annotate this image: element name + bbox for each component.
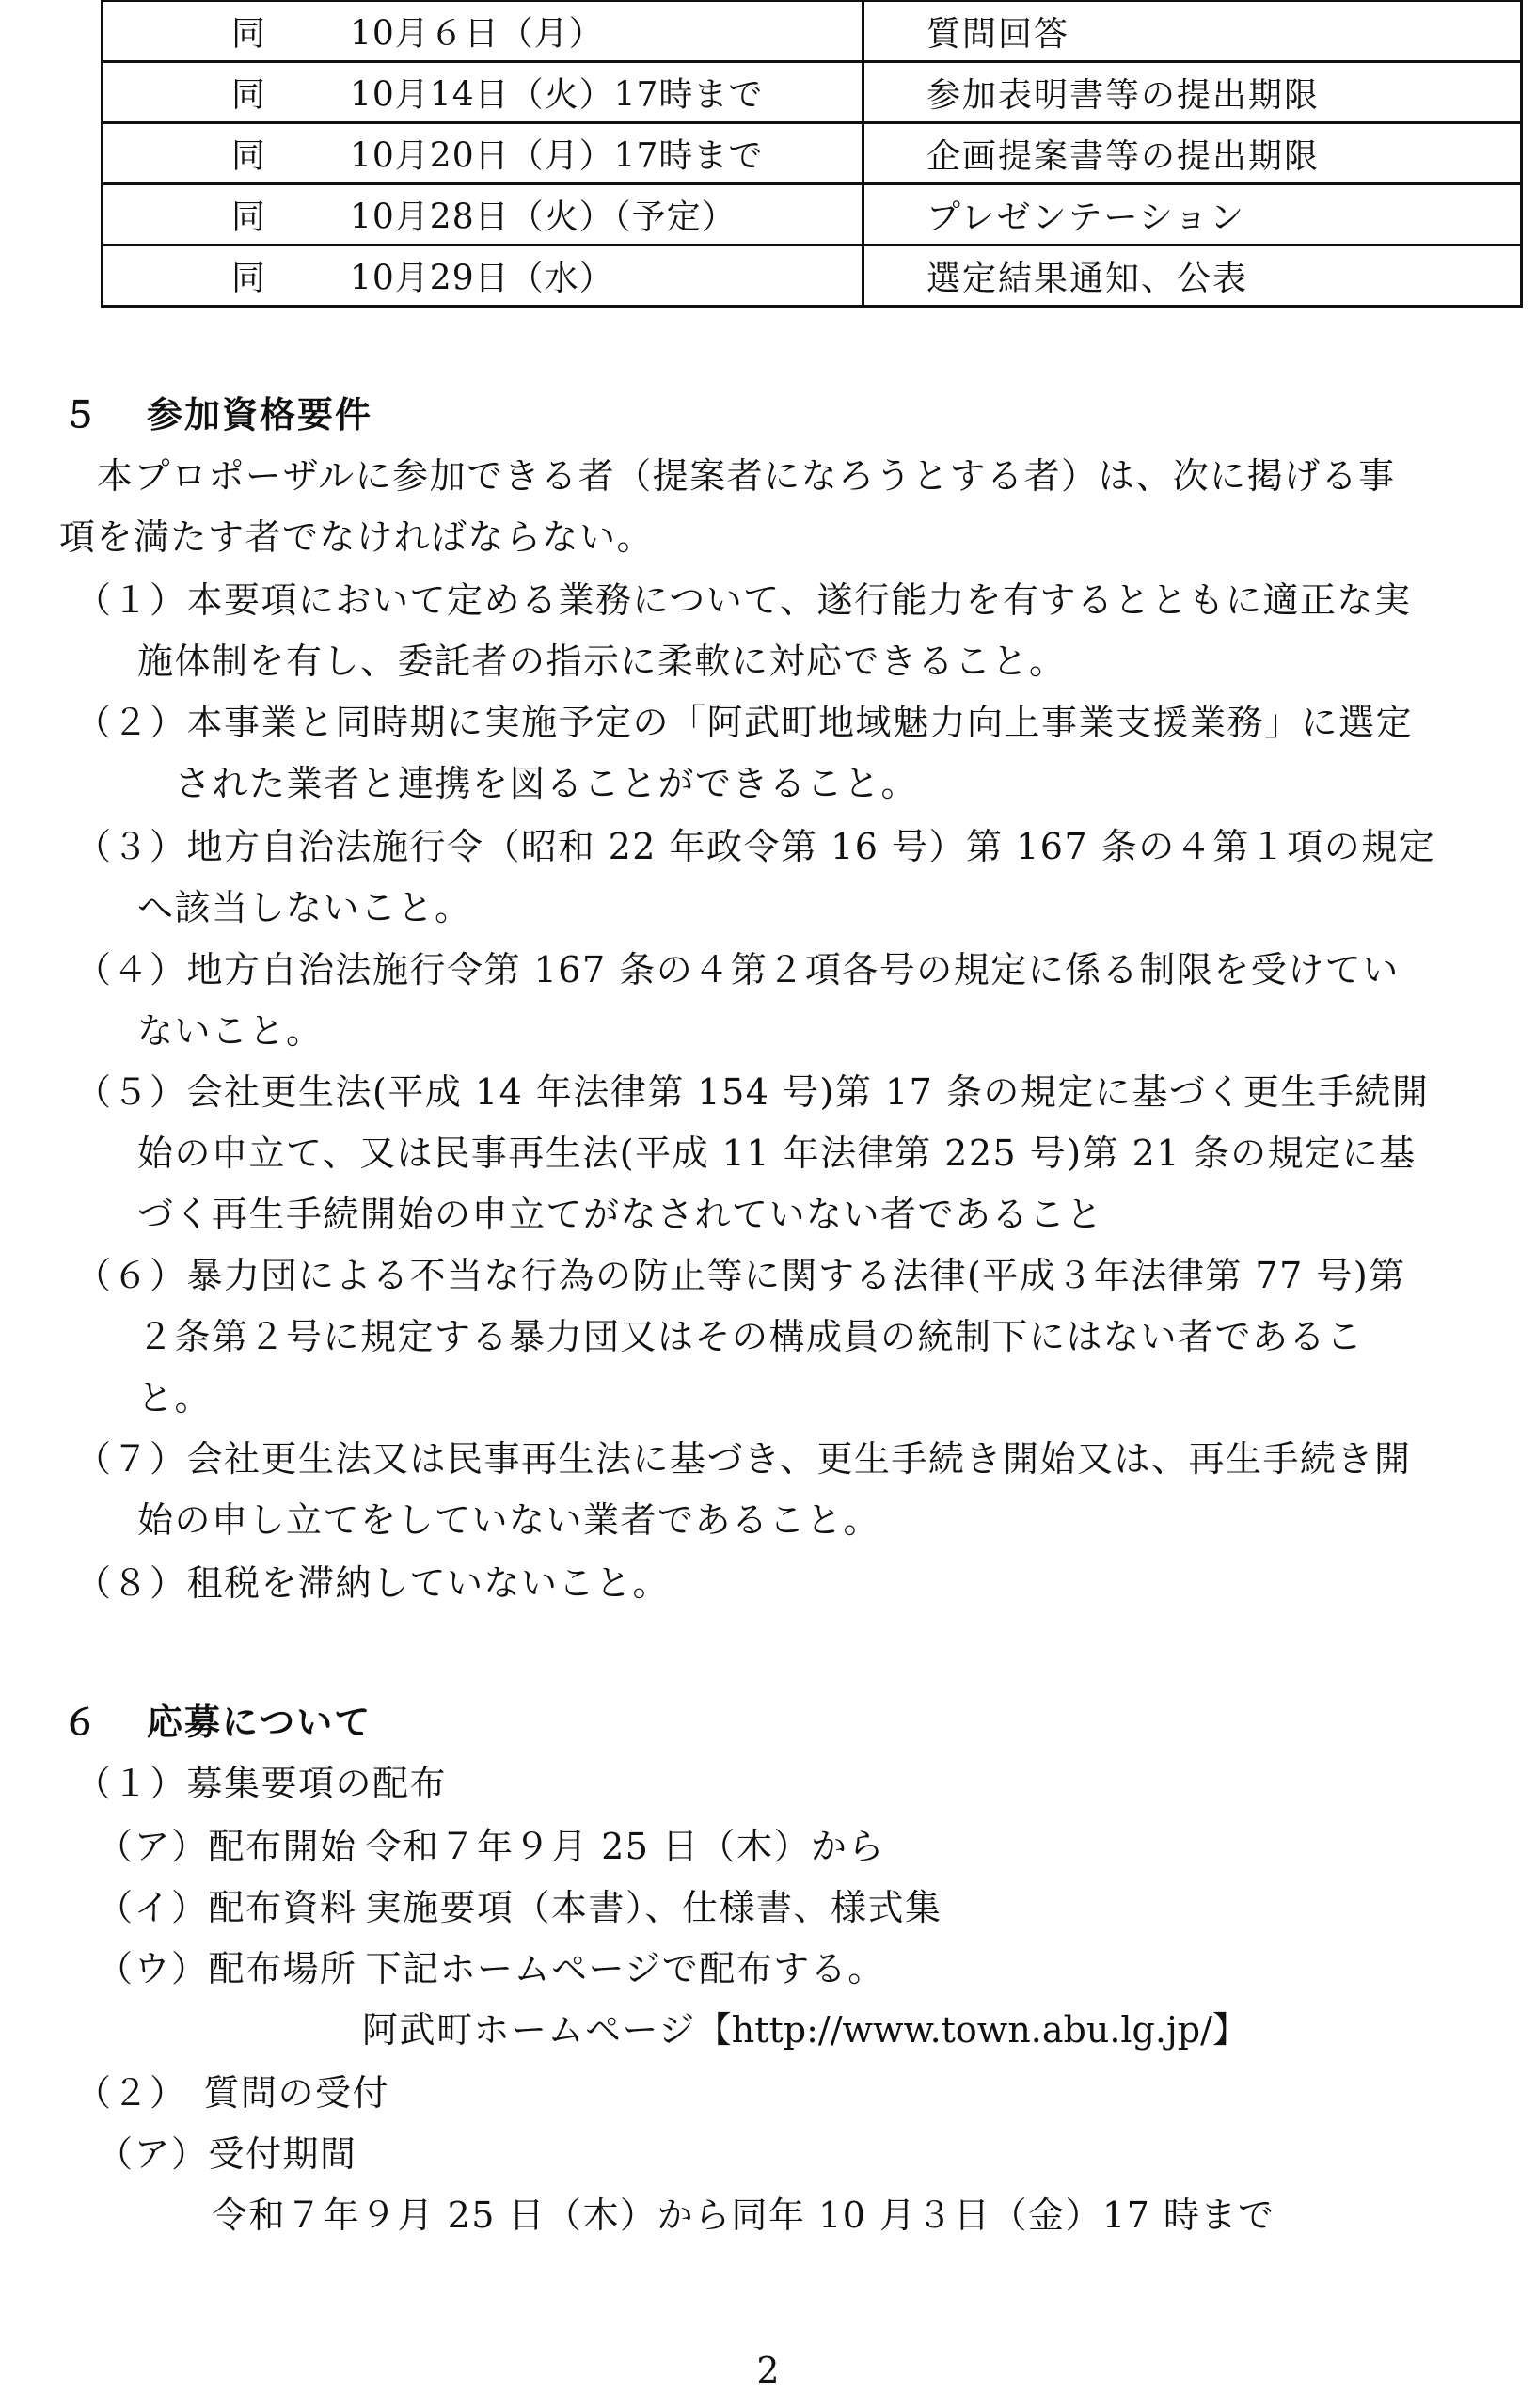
item-text: 本事業と同時期に実施予定の「阿武町地域魅力向上事業支援業務」に選定 (187, 702, 1414, 743)
item-label: （ア） (97, 2133, 209, 2175)
requirement-item-4-cont: ないこと。 (137, 1009, 324, 1053)
date-cell: 同 10月６日（月） (103, 1, 863, 62)
schedule-table: 同 10月６日（月） 質問回答 同 10月14日（火）17時まで 参加表明書等の… (101, 0, 1523, 308)
requirement-item-3-cont: へ該当しないこと。 (137, 886, 472, 929)
requirement-item-5: （５）会社更生法(平成 14 年法律第 154 号)第 17 条の規定に基づく更… (75, 1070, 1429, 1114)
subsection-label: （２） (75, 2072, 187, 2114)
item-text: 本要項において定める業務について、遂行能力を有するとともに適正な実 (187, 579, 1412, 621)
event-cell: 質問回答 (863, 1, 1522, 62)
requirement-item-3: （３）地方自治法施行令（昭和 22 年政令第 16 号）第 167 条の４第１項… (75, 825, 1435, 868)
item-label: （イ） (97, 1887, 209, 1928)
section-5-heading: ５参加資格要件 (62, 393, 372, 436)
requirement-item-7-cont: 始の申し立てをしていない業者であること。 (137, 1498, 880, 1542)
homepage-line: 阿武町ホームページ【http://www.town.abu.lg.jp/】 (362, 2008, 1248, 2052)
item-value: 実施要項（本書）、仕様書、様式集 (366, 1887, 942, 1928)
item-label: （ウ） (97, 1948, 209, 1989)
same-year-marker: 同 (231, 8, 265, 55)
document-page: 同 10月６日（月） 質問回答 同 10月14日（火）17時まで 参加表明書等の… (0, 0, 1536, 2408)
item-label: （４） (75, 949, 187, 990)
same-year-marker: 同 (231, 191, 265, 239)
subsection-title: 募集要項の配布 (187, 1763, 448, 1804)
item-text: 地方自治法施行令第 167 条の４第２項各号の規定に係る制限を受けてい (187, 949, 1400, 990)
table-row: 同 10月６日（月） 質問回答 (103, 1, 1522, 62)
homepage-label: 阿武町ホームページ (362, 2009, 696, 2051)
distribution-start-row: （ア）配布開始令和７年９月 25 日（木）から (97, 1825, 885, 1868)
item-text: 会社更生法(平成 14 年法律第 154 号)第 17 条の規定に基づく更生手続… (187, 1071, 1430, 1113)
requirement-item-7: （７）会社更生法又は民事再生法に基づき、更生手続き開始又は、再生手続き開 (75, 1437, 1412, 1481)
item-name: 配布開始 (209, 1825, 366, 1868)
item-name: 配布資料 (209, 1886, 366, 1929)
date-text: 10月14日（火）17時まで (350, 69, 763, 117)
requirement-item-6-cont-1: ２条第２号に規定する暴力団又はその構成員の統制下にはない者であるこ (137, 1315, 1364, 1358)
item-text: 暴力団による不当な行為の防止等に関する法律(平成３年法律第 77 号)第 (187, 1255, 1406, 1296)
event-cell: 企画提案書等の提出期限 (863, 123, 1522, 184)
item-name: 受付期間 (209, 2133, 357, 2175)
table-row: 同 10月20日（月）17時まで 企画提案書等の提出期限 (103, 123, 1522, 184)
date-text: 10月20日（月）17時まで (350, 130, 763, 178)
subsection-2-heading: （２）質問の受付 (75, 2071, 389, 2115)
item-label: （ア） (97, 1826, 209, 1867)
event-cell: プレゼンテーション (863, 184, 1522, 246)
event-cell: 参加表明書等の提出期限 (863, 62, 1522, 123)
subsection-title: 質問の受付 (204, 2072, 390, 2114)
section-5-intro-line-1: 本プロポーザルに参加できる者（提案者になろうとする者）は、次に掲げる事 (97, 454, 1396, 498)
date-cell: 同 10月14日（火）17時まで (103, 62, 863, 123)
date-cell: 同 10月28日（火）（予定） (103, 184, 863, 246)
requirement-item-8: （８）租税を滞納していないこと。 (75, 1561, 670, 1605)
acceptance-period-heading: （ア）受付期間 (97, 2132, 357, 2176)
event-cell: 選定結果通知、公表 (863, 246, 1522, 307)
item-label: （８） (75, 1562, 187, 1604)
table-row: 同 10月29日（水） 選定結果通知、公表 (103, 246, 1522, 307)
section-number: ６ (62, 1701, 147, 1744)
item-label: （７） (75, 1438, 187, 1480)
acceptance-period-value: 令和７年９月 25 日（木）から同年 10 月３日（金）17 時まで (212, 2194, 1275, 2237)
item-label: （３） (75, 826, 187, 867)
requirement-item-4: （４）地方自治法施行令第 167 条の４第２項各号の規定に係る制限を受けてい (75, 948, 1400, 991)
requirement-item-6-cont-2: と。 (137, 1376, 212, 1419)
item-value: 令和７年９月 25 日（木）から (366, 1826, 886, 1867)
item-label: （５） (75, 1071, 187, 1113)
requirement-item-5-cont-2: づく再生手続開始の申立てがなされていない者であること (137, 1193, 1103, 1236)
table-row: 同 10月28日（火）（予定） プレゼンテーション (103, 184, 1522, 246)
requirement-item-1-cont: 施体制を有し、委託者の指示に柔軟に対応できること。 (137, 640, 1067, 683)
section-title: 参加資格要件 (147, 394, 372, 436)
section-5-intro-line-2: 項を満たす者でなければならない。 (59, 515, 654, 559)
item-text: 会社更生法又は民事再生法に基づき、更生手続き開始又は、再生手続き開 (187, 1438, 1412, 1480)
item-text: 租税を滞納していないこと。 (187, 1562, 671, 1604)
subsection-label: （１） (75, 1763, 187, 1804)
requirement-item-2: （２）本事業と同時期に実施予定の「阿武町地域魅力向上事業支援業務」に選定 (75, 701, 1413, 744)
subsection-1-heading: （１）募集要項の配布 (75, 1762, 447, 1805)
same-year-marker: 同 (231, 252, 265, 300)
date-cell: 同 10月20日（月）17時まで (103, 123, 863, 184)
date-text: 10月29日（水） (350, 252, 614, 300)
item-label: （２） (75, 702, 187, 743)
same-year-marker: 同 (231, 130, 265, 178)
section-number: ５ (62, 393, 147, 436)
distribution-materials-row: （イ）配布資料実施要項（本書）、仕様書、様式集 (97, 1886, 942, 1929)
item-label: （１） (75, 579, 187, 621)
homepage-link[interactable]: 【http://www.town.abu.lg.jp/】 (696, 2009, 1248, 2051)
page-number: 2 (0, 2350, 1536, 2391)
date-text: 10月６日（月） (350, 8, 604, 55)
requirement-item-2-cont: された業者と連携を図ることができること。 (175, 762, 918, 805)
item-name: 配布場所 (209, 1947, 366, 1990)
item-text: 地方自治法施行令（昭和 22 年政令第 16 号）第 167 条の４第１項の規定 (187, 826, 1436, 867)
table-row: 同 10月14日（火）17時まで 参加表明書等の提出期限 (103, 62, 1522, 123)
item-value: 下記ホームページで配布する。 (366, 1948, 885, 1989)
date-cell: 同 10月29日（水） (103, 246, 863, 307)
same-year-marker: 同 (231, 69, 265, 117)
distribution-place-row: （ウ）配布場所下記ホームページで配布する。 (97, 1947, 885, 1990)
section-6-heading: ６応募について (62, 1701, 372, 1744)
requirement-item-1: （１）本要項において定める業務について、遂行能力を有するとともに適正な実 (75, 578, 1412, 622)
date-text: 10月28日（火）（予定） (350, 191, 736, 239)
section-title: 応募について (147, 1702, 372, 1743)
requirement-item-6: （６）暴力団による不当な行為の防止等に関する法律(平成３年法律第 77 号)第 (75, 1254, 1406, 1297)
item-label: （６） (75, 1255, 187, 1296)
requirement-item-5-cont-1: 始の申立て、又は民事再生法(平成 11 年法律第 225 号)第 21 条の規定… (137, 1132, 1417, 1175)
